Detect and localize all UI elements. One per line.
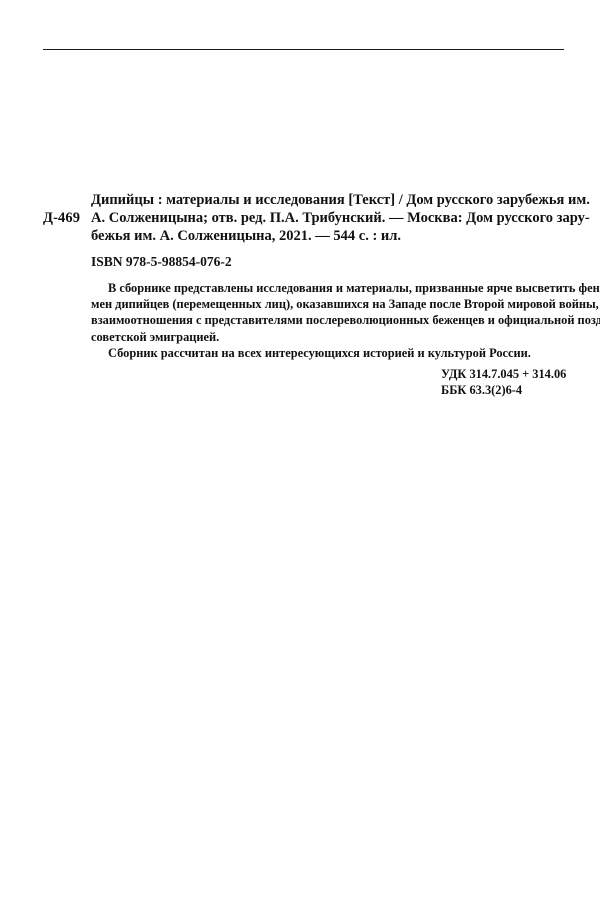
classification-codes: УДК 314.7.045 + 314.06 ББК 63.3(2)6-4 (441, 366, 566, 398)
udk-code: УДК 314.7.045 + 314.06 (441, 366, 566, 382)
book-title: Дипийцы (91, 192, 154, 208)
header-rule (43, 49, 564, 50)
annotation-line: мен дипийцев (перемещенных лиц), оказавш… (91, 296, 565, 312)
biblio-line-3: бежья им. А. Солженицына, 2021. — 544 с.… (91, 227, 565, 245)
bibliographic-record: Дипийцы : материалы и исследования [Текс… (91, 191, 565, 245)
biblio-line-1-text: : материалы и исследования [Текст] / Дом… (154, 192, 590, 208)
biblio-line-1: Дипийцы : материалы и исследования [Текс… (91, 191, 565, 209)
bbk-code: ББК 63.3(2)6-4 (441, 382, 566, 398)
biblio-line-2: А. Солженицына; отв. ред. П.А. Трибунски… (91, 209, 565, 227)
annotation-line: Сборник рассчитан на всех интересующихся… (91, 345, 565, 361)
annotation: В сборнике представлены исследования и м… (91, 280, 565, 361)
isbn: ISBN 978-5-98854-076-2 (91, 253, 232, 271)
catalog-code: Д-469 (43, 209, 80, 227)
annotation-line: взаимоотношения с представителями послер… (91, 312, 565, 328)
annotation-line: В сборнике представлены исследования и м… (91, 280, 565, 296)
annotation-line: советской эмиграцией. (91, 329, 565, 345)
